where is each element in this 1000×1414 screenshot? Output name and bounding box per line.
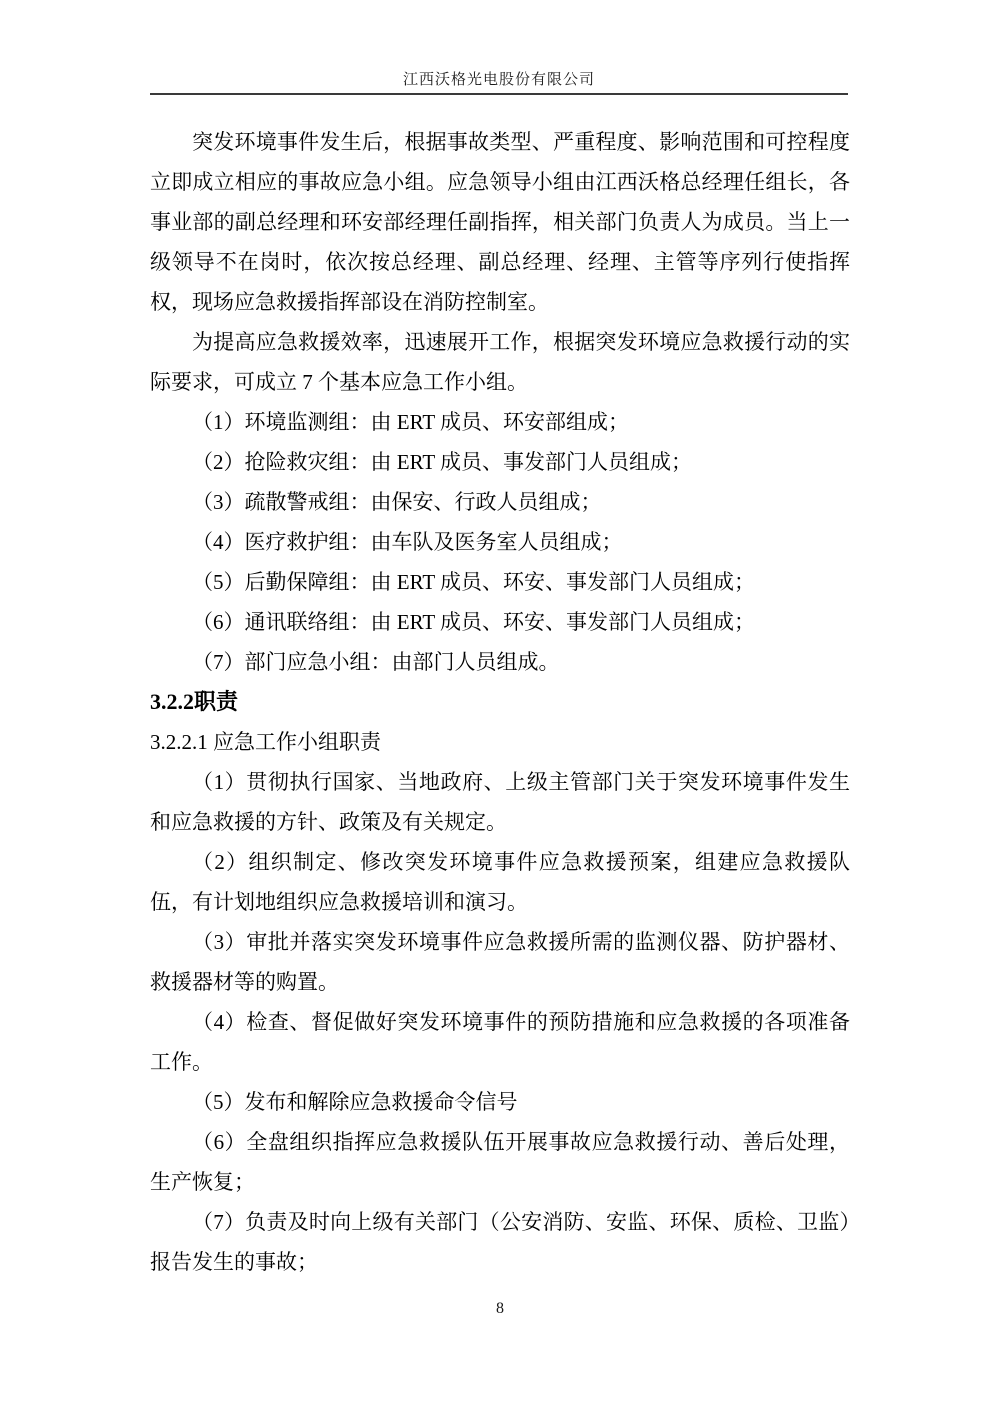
list-item: （4）医疗救护组：由车队及医务室人员组成； (150, 522, 850, 562)
paragraph: 为提高应急救援效率，迅速展开工作，根据突发环境应急救援行动的实际要求，可成立 7… (150, 322, 850, 402)
sub-section-heading: 3.2.2.1 应急工作小组职责 (150, 722, 850, 762)
page-number: 8 (496, 1300, 504, 1317)
document-body: 突发环境事件发生后，根据事故类型、严重程度、影响范围和可控程度立即成立相应的事故… (150, 122, 850, 1282)
list-item: （5）后勤保障组：由 ERT 成员、环安、事发部门人员组成； (150, 562, 850, 602)
document-page: 江西沃格光电股份有限公司 突发环境事件发生后，根据事故类型、严重程度、影响范围和… (0, 0, 1000, 1414)
list-item: （3）疏散警戒组：由保安、行政人员组成； (150, 482, 850, 522)
list-item: （2）抢险救灾组：由 ERT 成员、事发部门人员组成； (150, 442, 850, 482)
paragraph: （1）贯彻执行国家、当地政府、上级主管部门关于突发环境事件发生和应急救援的方针、… (150, 762, 850, 842)
document-footer: 8 (0, 1300, 1000, 1318)
list-item: （7）部门应急小组：由部门人员组成。 (150, 642, 850, 682)
paragraph: （7）负责及时向上级有关部门（公安消防、安监、环保、质检、卫监）报告发生的事故； (150, 1202, 850, 1282)
paragraph: 突发环境事件发生后，根据事故类型、严重程度、影响范围和可控程度立即成立相应的事故… (150, 122, 850, 322)
document-header: 江西沃格光电股份有限公司 (150, 68, 848, 95)
list-item: （1）环境监测组：由 ERT 成员、环安部组成； (150, 402, 850, 442)
paragraph: （6）全盘组织指挥应急救援队伍开展事故应急救援行动、善后处理，生产恢复； (150, 1122, 850, 1202)
paragraph: （2）组织制定、修改突发环境事件应急救援预案，组建应急救援队伍，有计划地组织应急… (150, 842, 850, 922)
paragraph: （5）发布和解除应急救援命令信号 (150, 1082, 850, 1122)
paragraph: （3）审批并落实突发环境事件应急救援所需的监测仪器、防护器材、救援器材等的购置。 (150, 922, 850, 1002)
section-heading: 3.2.2职责 (150, 682, 850, 722)
paragraph: （4）检查、督促做好突发环境事件的预防措施和应急救援的各项准备工作。 (150, 1002, 850, 1082)
company-name: 江西沃格光电股份有限公司 (403, 72, 595, 88)
list-item: （6）通讯联络组：由 ERT 成员、环安、事发部门人员组成； (150, 602, 850, 642)
